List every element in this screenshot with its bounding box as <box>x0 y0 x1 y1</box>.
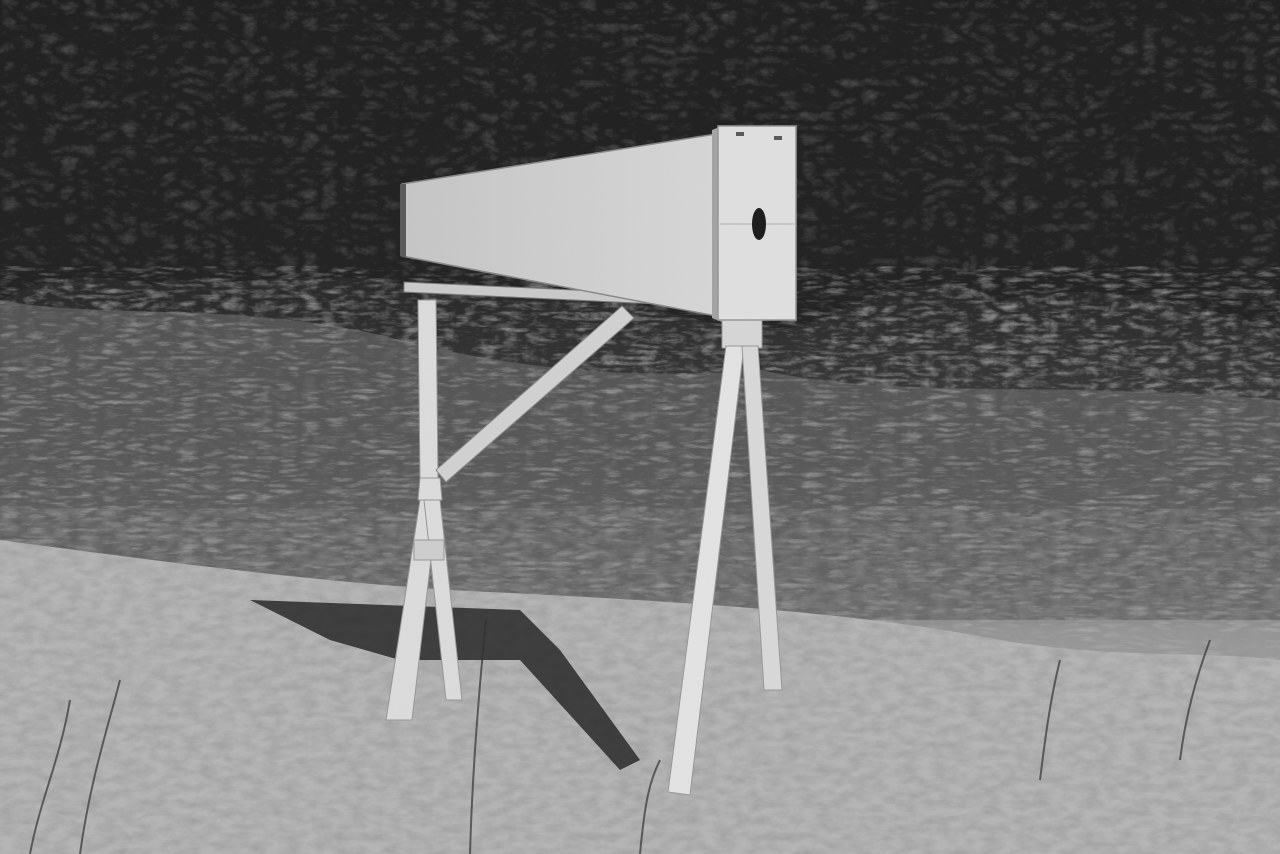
photo-canvas <box>0 0 1280 854</box>
film-grain <box>0 0 1280 854</box>
photograph <box>0 0 1280 854</box>
